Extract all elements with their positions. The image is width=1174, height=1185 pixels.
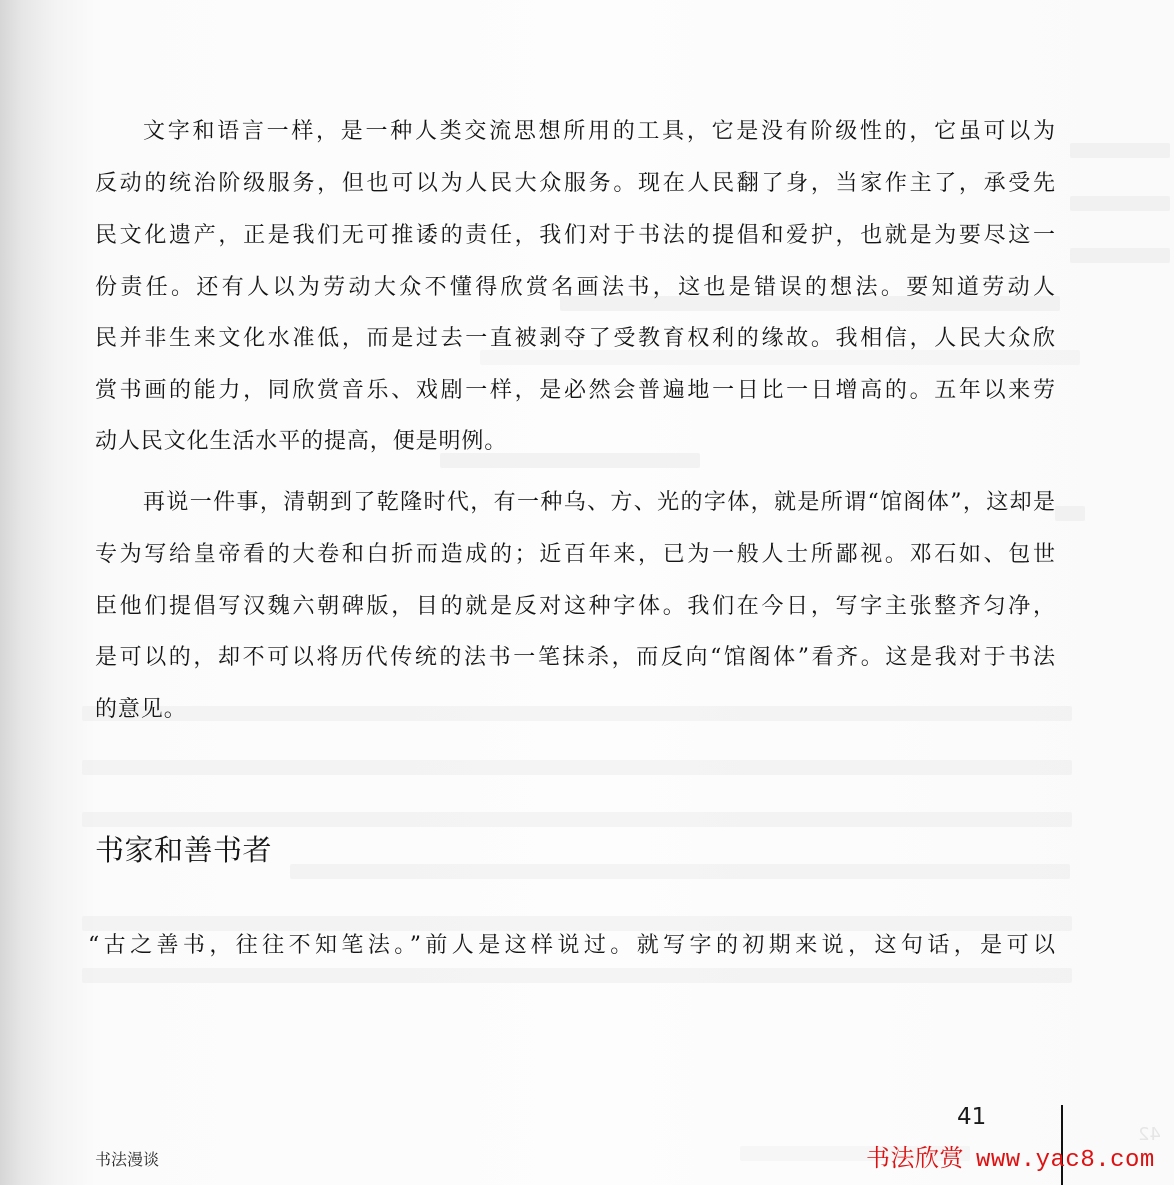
book-title-footer: 书法漫谈 <box>95 1147 159 1170</box>
watermark-label: 书法欣赏 <box>866 1144 964 1172</box>
book-page: 文字和语言一样，是一种人类交流思想所用的工具，它是没有阶级性的，它虽可以为 反动… <box>0 0 1174 1185</box>
bleed-through-text <box>82 812 1072 827</box>
paragraph-1-line-3: 民文化遗产，正是我们无可推诿的责任，我们对于书法的提倡和爱护，也就是为要尽这一 <box>95 221 1055 251</box>
paragraph-1-line-5: 民并非生来文化水准低，而是过去一直被剥夺了受教育权利的缘故。我相信，人民大众欣 <box>95 324 1055 354</box>
paragraph-1-line-4: 份责任。还有人以为劳动大众不懂得欣赏名画法书，这也是错误的想法。要知道劳动人 <box>95 273 1055 303</box>
bleed-through-text <box>1070 196 1170 211</box>
section-heading: 书家和善书者 <box>95 832 272 868</box>
paragraph-1-line-1: 文字和语言一样，是一种人类交流思想所用的工具，它是没有阶级性的，它虽可以为 <box>143 117 1055 147</box>
watermark-url: www.yac8.com <box>976 1147 1155 1174</box>
section-paragraph-line-1: “古之善书，往往不知笔法。”前人是这样说过。就写字的初期来说，这句话，是可以 <box>88 931 1055 961</box>
paragraph-2-line-1: 再说一件事，清朝到了乾隆时代，有一种乌、方、光的字体，就是所谓“馆阁体”，这却是 <box>143 488 1055 518</box>
bleed-through-text <box>1070 248 1170 263</box>
paragraph-2-line-4: 是可以的，却不可以将历代传统的法书一笔抹杀，而反向“馆阁体”看齐。这是我对于书法 <box>95 643 1055 673</box>
paragraph-1-line-7: 动人民文化生活水平的提高，便是明例。 <box>95 427 1055 457</box>
page-number: 41 <box>957 1104 986 1130</box>
bleed-through-text <box>82 760 1072 775</box>
bleed-through-text <box>82 916 1072 931</box>
paragraph-2-line-5: 的意见。 <box>95 695 1055 725</box>
bleed-through-text <box>1055 506 1085 521</box>
paragraph-1-line-6: 赏书画的能力，同欣赏音乐、戏剧一样，是必然会普遍地一日比一日增高的。五年以来劳 <box>95 376 1055 406</box>
paragraph-2-line-2: 专为写给皇帝看的大卷和白折而造成的；近百年来，已为一般人士所鄙视。邓石如、包世 <box>95 540 1055 570</box>
bleed-through-text <box>82 968 1072 983</box>
bleed-through-text <box>1070 143 1170 158</box>
site-watermark: 书法欣赏www.yac8.com <box>866 1138 1155 1174</box>
paragraph-1-line-2: 反动的统治阶级服务，但也可以为人民大众服务。现在人民翻了身，当家作主了，承受先 <box>95 169 1055 199</box>
paragraph-2-line-3: 臣他们提倡写汉魏六朝碑版，目的就是反对这种字体。我们在今日，写字主张整齐匀净， <box>95 592 1055 622</box>
bleed-through-text <box>290 864 1070 879</box>
